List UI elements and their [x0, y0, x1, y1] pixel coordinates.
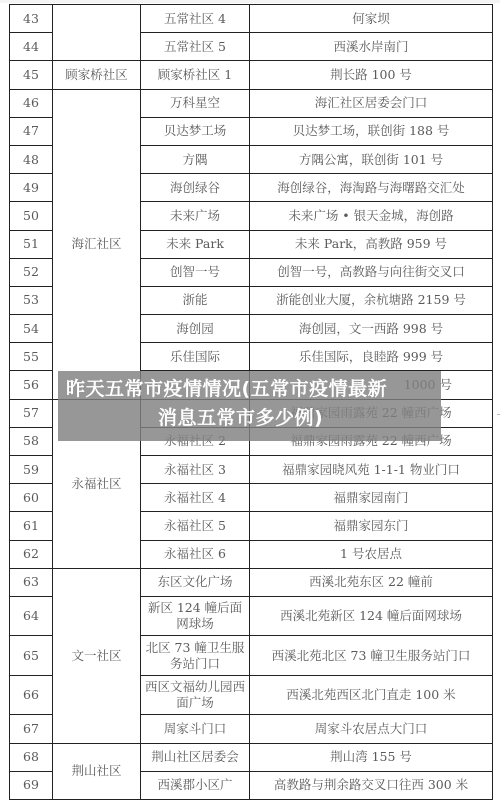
site-address: 西溪水岸南门	[250, 33, 493, 61]
row-number: 64	[10, 596, 53, 636]
site-name: 永福社区 6	[141, 540, 250, 568]
site-address: 西溪北苑西区北门直走 100 米	[250, 675, 493, 715]
site-name: 万科星空	[141, 89, 250, 117]
site-name: 创智一号	[141, 258, 250, 286]
site-name: 北区 73 幢卫生服务站门口	[141, 636, 250, 676]
site-address: 福鼎家园晓风苑 1-1-1 物业门口	[250, 456, 493, 484]
row-number: 45	[10, 61, 53, 89]
site-address: 西溪北苑北区 73 幢卫生服务站门口	[250, 636, 493, 676]
row-number: 44	[10, 33, 53, 61]
headline-text: 昨天五常市疫情情况(五常市疫情最新 消息五常市多少例)	[58, 375, 441, 433]
table-row: 63 文一社区 东区文化广场 西溪北苑东区 22 幢前	[10, 568, 493, 596]
site-address: 未来广场 • 银天金城，海创路	[250, 202, 493, 230]
headline-overlay: 昨天五常市疫情情况(五常市疫情最新 消息五常市多少例)	[58, 371, 441, 441]
row-number: 55	[10, 343, 53, 371]
row-number: 63	[10, 568, 53, 596]
site-name: 永福社区 3	[141, 456, 250, 484]
site-address: 未来 Park，高教路 959 号	[250, 230, 493, 258]
table-row: 68 荆山社区 荆山社区居委会 荆山湾 155 号	[10, 743, 493, 771]
row-number: 52	[10, 258, 53, 286]
row-number: 69	[10, 771, 53, 799]
site-name: 未来 Park	[141, 230, 250, 258]
row-number: 48	[10, 145, 53, 173]
row-number: 60	[10, 484, 53, 512]
table-row: 43 五常社区 4 何家坝	[10, 5, 493, 33]
row-number: 54	[10, 315, 53, 343]
community-cell	[53, 5, 141, 61]
site-address: 创智一号，高教路与向往街交叉口	[250, 258, 493, 286]
document-page: 43 五常社区 4 何家坝 44 五常社区 5 西溪水岸南门 45 顾家桥社区 …	[0, 0, 500, 809]
site-address: 福鼎家园东门	[250, 512, 493, 540]
row-number: 46	[10, 89, 53, 117]
headline-line-1: 昨天五常市疫情情况(五常市疫情最新	[58, 375, 441, 404]
site-name: 新区 124 幢后面网球场	[141, 596, 250, 636]
site-address: 何家坝	[250, 5, 493, 33]
row-number: 49	[10, 174, 53, 202]
site-address: 福鼎家园南门	[250, 484, 493, 512]
site-name: 方隅	[141, 145, 250, 173]
community-cell: 顾家桥社区	[53, 61, 141, 89]
site-address: 西溪北苑东区 22 幢前	[250, 568, 493, 596]
site-name: 周家斗门口	[141, 715, 250, 743]
community-cell: 文一社区	[53, 568, 141, 743]
site-name: 五常社区 5	[141, 33, 250, 61]
row-number: 50	[10, 202, 53, 230]
row-number: 66	[10, 675, 53, 715]
row-number: 47	[10, 117, 53, 145]
site-address: 乐佳国际，良睦路 999 号	[250, 343, 493, 371]
site-address: 1 号农居点	[250, 540, 493, 568]
site-address: 海汇社区居委会门口	[250, 89, 493, 117]
site-name: 永福社区 4	[141, 484, 250, 512]
headline-line-2: 消息五常市多少例)	[58, 404, 441, 433]
site-address: 荆山湾 155 号	[250, 743, 493, 771]
table-row: 46 海汇社区 万科星空 海汇社区居委会门口	[10, 89, 493, 117]
site-name: 乐佳国际	[141, 343, 250, 371]
row-number: 59	[10, 456, 53, 484]
site-address: 方隅公寓，联创街 101 号	[250, 145, 493, 173]
site-name: 东区文化广场	[141, 568, 250, 596]
site-address: 贝达梦工场，联创街 188 号	[250, 117, 493, 145]
row-number: 57	[10, 399, 53, 427]
site-name: 顾家桥社区 1	[141, 61, 250, 89]
row-number: 56	[10, 371, 53, 399]
site-address: 西溪北苑新区 124 幢后面网球场	[250, 596, 493, 636]
community-cell: 海汇社区	[53, 89, 141, 399]
row-number: 43	[10, 5, 53, 33]
site-name: 浙能	[141, 286, 250, 314]
community-cell: 荆山社区	[53, 743, 141, 799]
site-address: 荆长路 100 号	[250, 61, 493, 89]
site-address: 海创绿谷，海淘路与海曙路交汇处	[250, 174, 493, 202]
site-name: 西溪郡小区广	[141, 771, 250, 799]
site-address: 海创园，文一西路 998 号	[250, 315, 493, 343]
row-number: 68	[10, 743, 53, 771]
page-top-edge	[0, 0, 500, 3]
table-row: 45 顾家桥社区 顾家桥社区 1 荆长路 100 号	[10, 61, 493, 89]
site-name: 五常社区 4	[141, 5, 250, 33]
site-name: 西区文福幼儿园西面广场	[141, 675, 250, 715]
row-number: 58	[10, 427, 53, 455]
site-name: 永福社区 5	[141, 512, 250, 540]
row-number: 51	[10, 230, 53, 258]
site-address: 浙能创业大厦，余杭塘路 2159 号	[250, 286, 493, 314]
row-number: 53	[10, 286, 53, 314]
row-number: 65	[10, 636, 53, 676]
site-name: 未来广场	[141, 202, 250, 230]
site-address: 周家斗农居点大门口	[250, 715, 493, 743]
site-name: 海创绿谷	[141, 174, 250, 202]
site-address: 高教路与荆余路交叉口往西 300 米	[250, 771, 493, 799]
site-name: 荆山社区居委会	[141, 743, 250, 771]
site-name: 贝达梦工场	[141, 117, 250, 145]
row-number: 62	[10, 540, 53, 568]
site-name: 海创园	[141, 315, 250, 343]
row-number: 61	[10, 512, 53, 540]
row-number: 67	[10, 715, 53, 743]
